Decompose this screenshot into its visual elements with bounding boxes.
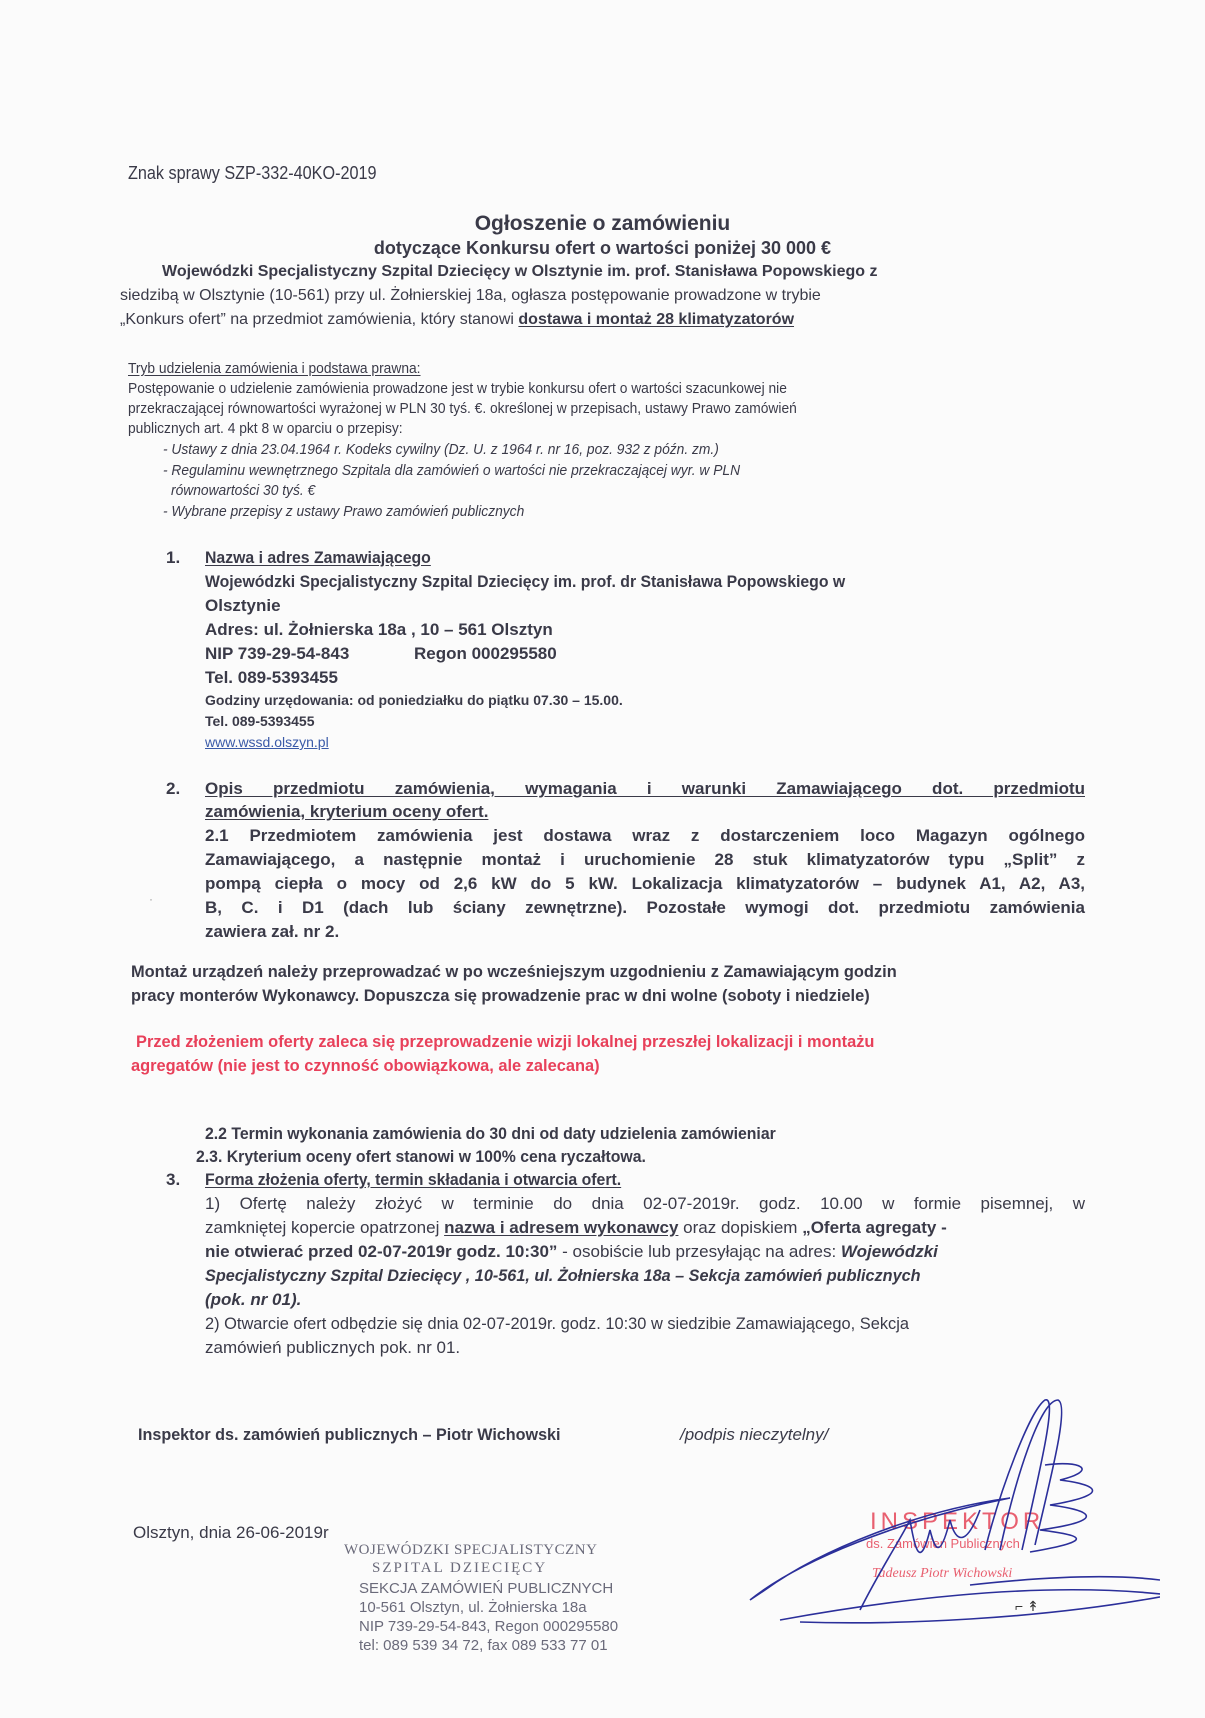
scan-mark: ⌐ ↟	[1015, 1598, 1039, 1615]
stamp-line: SZPITAL DZIECIĘCY	[372, 1560, 547, 1577]
section-2-number: 2.	[166, 779, 180, 799]
envelope-inscription: nie otwierać przed 02-07-2019r godz. 10:…	[205, 1242, 557, 1261]
address: Adres: ul. Żołnierska 18a , 10 – 561 Ols…	[205, 620, 553, 640]
site-visit-warning: Przed złożeniem oferty zaleca się przepr…	[136, 1032, 874, 1052]
legal-heading: Tryb udzielenia zamówienia i podstawa pr…	[128, 360, 421, 377]
montage-line: Montaż urządzeń należy przeprowadzać w p…	[131, 962, 897, 982]
description-text: B, C. i D1 (dach lub ściany zewnętrzne).…	[205, 898, 1085, 918]
address-text: Adres: ul. Żołnierska 18a , 10 – 561 Ols…	[205, 620, 553, 639]
submission-line: nie otwierać przed 02-07-2019r godz. 10:…	[205, 1242, 938, 1262]
place-and-date: Olsztyn, dnia 26-06-2019r	[133, 1523, 329, 1543]
description-line: pompą ciepła o mocy od 2,6 kW do 5 kW. L…	[205, 874, 1085, 894]
section-2-heading-line-1: Opis przedmiotu zamówienia, wymagania i …	[205, 779, 1085, 799]
intro-line-3: „Konkurs ofert” na przedmiot zamówienia,…	[120, 311, 794, 329]
section-1-number: 1.	[166, 548, 180, 568]
section-3-heading: Forma złożenia oferty, termin składania …	[205, 1170, 621, 1190]
delivery-room: (pok. nr 01).	[205, 1290, 301, 1310]
section-2-heading-text: Opis przedmiotu zamówienia, wymagania i …	[205, 779, 1085, 799]
intro-line-3-prefix: „Konkurs ofert” na przedmiot zamówienia,…	[120, 311, 518, 328]
legal-paragraph-1: Postępowanie o udzielenie zamówienia pro…	[128, 380, 787, 397]
stamp-line: SEKCJA ZAMÓWIEŃ PUBLICZNYCH	[359, 1580, 613, 1597]
delivery-address: Wojewódzki	[841, 1242, 938, 1261]
submission-text: - osobiście lub przesyłając na adres:	[557, 1242, 840, 1261]
description-text: Zamawiającego, a następnie montaż i uruc…	[205, 850, 1085, 870]
intro-line-1: Wojewódzki Specjalistyczny Szpital Dziec…	[162, 263, 877, 281]
contracting-authority-city: Olsztynie	[205, 596, 281, 616]
order-subject: dostawa i montaż 28 klimatyzatorów	[518, 311, 794, 328]
description-line: Zamawiającego, a następnie montaż i uruc…	[205, 850, 1085, 870]
description-line: zawiera zał. nr 2.	[205, 922, 339, 942]
opening-info: 2) Otwarcie ofert odbędzie się dnia 02-0…	[205, 1314, 909, 1334]
submission-text: zamkniętej kopercie opatrzonej	[205, 1218, 444, 1237]
section-1-heading: Nazwa i adres Zamawiającego	[205, 548, 431, 568]
telephone-2: Tel. 089-5393455	[205, 713, 315, 729]
website-link[interactable]: www.wssd.olszyn.pl	[205, 734, 329, 750]
nip: NIP 739-29-54-843	[205, 644, 349, 664]
description-text: 2.1 Przedmiotem zamówienia jest dostawa …	[205, 826, 1085, 846]
page-subtitle: dotyczące Konkursu ofert o wartości poni…	[0, 238, 1205, 259]
regon: Regon 000295580	[414, 644, 557, 664]
document-page: Znak sprawy SZP-332-40KO-2019 Ogłoszenie…	[0, 0, 1205, 1718]
handwritten-signature-icon	[740, 1370, 1160, 1630]
delivery-address: Specjalistyczny Szpital Dziecięcy , 10-5…	[205, 1266, 921, 1286]
section-3-number: 3.	[166, 1170, 180, 1190]
legal-item: równowartości 30 tyś. €	[171, 482, 315, 499]
submission-line: zamkniętej kopercie opatrzonej nazwa i a…	[205, 1218, 947, 1238]
stamp-line: 10-561 Olsztyn, ul. Żołnierska 18a	[359, 1599, 587, 1616]
submission-text: 1) Ofertę należy złożyć w terminie do dn…	[205, 1194, 1085, 1214]
description-text: pompą ciepła o mocy od 2,6 kW do 5 kW. L…	[205, 874, 1085, 894]
description-line: 2.1 Przedmiotem zamówienia jest dostawa …	[205, 826, 1085, 846]
case-number: Znak sprawy SZP-332-40KO-2019	[128, 163, 377, 184]
legal-paragraph-2: przekraczającej równowartości wyrażonej …	[128, 400, 797, 417]
legal-item: - Regulaminu wewnętrznego Szpitala dla z…	[163, 462, 740, 479]
legal-item: - Ustawy z dnia 23.04.1964 r. Kodeks cyw…	[163, 441, 719, 458]
section-2-heading-line-2: zamówienia, kryterium oceny ofert.	[205, 802, 488, 822]
montage-line: pracy monterów Wykonawcy. Dopuszcza się …	[131, 986, 870, 1006]
evaluation-criterion: 2.3. Kryterium oceny ofert stanowi w 100…	[196, 1147, 646, 1167]
description-line: B, C. i D1 (dach lub ściany zewnętrzne).…	[205, 898, 1085, 918]
submission-text: oraz dopiskiem	[678, 1218, 802, 1237]
stamp-line: tel: 089 539 34 72, fax 089 533 77 01	[359, 1637, 608, 1654]
site-visit-warning: agregatów (nie jest to czynność obowiązk…	[131, 1056, 600, 1076]
contracting-authority-name: Wojewódzki Specjalistyczny Szpital Dziec…	[205, 572, 845, 592]
envelope-label-requirement: nazwa i adresem wykonawcy	[444, 1218, 678, 1237]
envelope-inscription: „Oferta agregaty -	[802, 1218, 947, 1237]
page-title: Ogłoszenie o zamówieniu	[0, 212, 1205, 236]
office-hours: Godziny urzędowania: od poniedziałku do …	[205, 692, 623, 708]
scan-speck: ·	[149, 892, 153, 906]
intro-line-2: siedzibą w Olsztynie (10-561) przy ul. Ż…	[120, 287, 821, 305]
submission-line: 1) Ofertę należy złożyć w terminie do dn…	[205, 1194, 1085, 1214]
inspector-name: Inspektor ds. zamówień publicznych – Pio…	[138, 1425, 561, 1445]
telephone: Tel. 089-5393455	[205, 668, 338, 688]
opening-info: zamówień publicznych pok. nr 01.	[205, 1338, 460, 1358]
legal-paragraph-3: publicznych art. 4 pkt 8 w oparciu o prz…	[128, 420, 403, 437]
stamp-line: NIP 739-29-54-843, Regon 000295580	[359, 1618, 618, 1635]
legal-item: - Wybrane przepisy z ustawy Prawo zamówi…	[163, 503, 524, 520]
stamp-line: WOJEWÓDZKI SPECJALISTYCZNY	[344, 1542, 597, 1559]
completion-deadline: 2.2 Termin wykonania zamówienia do 30 dn…	[205, 1124, 776, 1144]
